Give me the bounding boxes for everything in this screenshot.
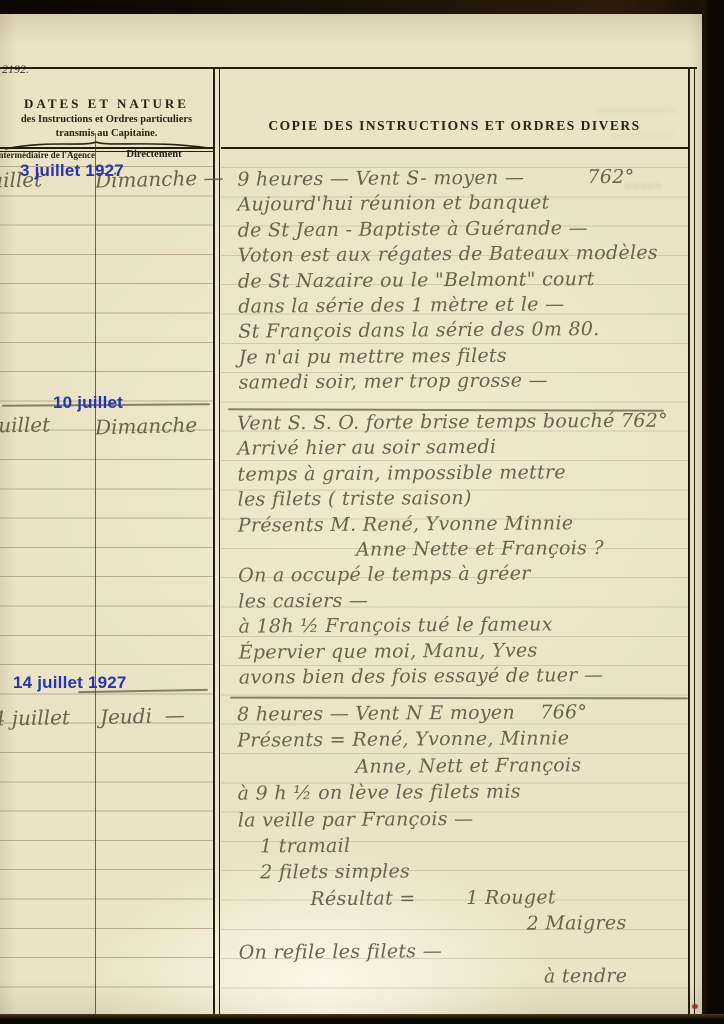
entry-day-handwritten: Jeudi — [100, 703, 185, 729]
handwritten-line: à 18h ½ François tué le fameux [238, 612, 690, 641]
entry-date-handwritten: juillet [0, 412, 50, 437]
log-entry-text-block: Vent S. S. O. forte brise temps bouché 7… [237, 408, 691, 690]
date-annotation: 14 juillet 1927 [13, 673, 127, 693]
top-rule [0, 67, 697, 69]
handwritten-line: Présents = René, Yvonne, Minnie [237, 725, 689, 755]
handwritten-line: Anne Nette et François ? [356, 535, 690, 563]
section-divider-thick [213, 67, 215, 1014]
column-header-intermediaire: Intermédiaire de l'Agence [0, 151, 96, 161]
handwritten-line: Aujourd'hui réunion et banquet [237, 190, 689, 219]
handwritten-line: Voton est aux régates de Bateaux modèles [238, 241, 690, 270]
handwritten-line: Arrivé hier au soir samedi [237, 434, 689, 463]
entry-day-handwritten: Dimanche [95, 413, 198, 440]
handwritten-line: Je n'ai pu mettre mes filets [238, 342, 690, 371]
date-annotation: 10 juillet [53, 393, 123, 413]
handwritten-line: 1 tramail [260, 830, 690, 859]
handwritten-line: à tendre [544, 962, 691, 989]
scan-top-edge [0, 0, 724, 14]
handwritten-line: 8 heures — Vent N E moyen 766° [237, 698, 689, 728]
handwritten-line: de St Jean - Baptiste à Guérande — [238, 215, 690, 244]
column-divider-line [95, 133, 96, 1014]
log-entry-text-block: 8 heures — Vent N E moyen 766°Présents =… [237, 698, 691, 991]
handwritten-line: temps à grain, impossible mettre [237, 459, 689, 488]
handwritten-line: 2 Maigres [526, 910, 690, 938]
left-header-title: DATES ET NATURE [0, 96, 213, 112]
section-divider-thin [219, 67, 220, 1014]
handwritten-line: la veille par François — [238, 804, 690, 834]
handwritten-line: Résultat = 1 Rouget [310, 883, 690, 912]
left-header-rule-thick [0, 147, 213, 149]
handwritten-line: à 9 h ½ on lève les filets mis [238, 778, 690, 808]
page-right-border-thin [694, 67, 695, 1014]
handwritten-line: samedi soir, mer trop grosse — [239, 368, 691, 397]
scan-bottom-edge [0, 1014, 724, 1024]
handwritten-line: Anne, Nett et François [355, 751, 689, 780]
handwritten-line: Épervier que moi, Manu, Yves [239, 637, 691, 666]
sheet-number: 2192. [2, 62, 29, 77]
handwritten-line: St François dans la série des 0m 80. [238, 317, 690, 346]
handwritten-line: On a occupé le temps à gréer [238, 561, 690, 590]
ruled-lines-left [0, 166, 213, 1024]
logbook-scan: 2192. DATES ET NATURE des Instructions e… [0, 0, 724, 1024]
left-header-rule-thin [0, 151, 213, 152]
handwritten-line: les filets ( triste saison) [238, 485, 690, 514]
right-header-rule [221, 147, 688, 149]
handwritten-line: On refile les filets — [239, 936, 691, 966]
handwritten-line: 9 heures — Vent S- moyen — 762° [237, 164, 689, 193]
entry-date-handwritten: 14 juillet [0, 705, 70, 731]
scan-right-edge [702, 0, 724, 1024]
handwritten-line: dans la série des 1 mètre et le — [238, 291, 690, 320]
bleed-through-mark [598, 109, 676, 112]
handwritten-line: Vent S. S. O. forte brise temps bouché 7… [237, 408, 689, 437]
right-header-title: COPIE DES INSTRUCTIONS ET ORDRES DIVERS [221, 118, 688, 134]
handwritten-line: avons bien des fois essayé de tuer — [239, 662, 691, 691]
paper-speck [692, 1004, 698, 1009]
log-entry-text-block: 9 heures — Vent S- moyen — 762°Aujourd'h… [237, 164, 691, 396]
handwritten-line: de St Nazaire ou le "Belmont" court [238, 266, 690, 295]
handwritten-line: 2 filets simples [260, 857, 690, 886]
bleed-through-mark [612, 134, 672, 137]
date-annotation: 3 juillet 1927 [20, 161, 124, 181]
handwritten-line: les casiers — [238, 586, 690, 615]
left-header-subtitle-1: des Instructions et Ordres particuliers [0, 114, 213, 125]
handwritten-line: Présents M. René, Yvonne Minnie [238, 510, 690, 539]
